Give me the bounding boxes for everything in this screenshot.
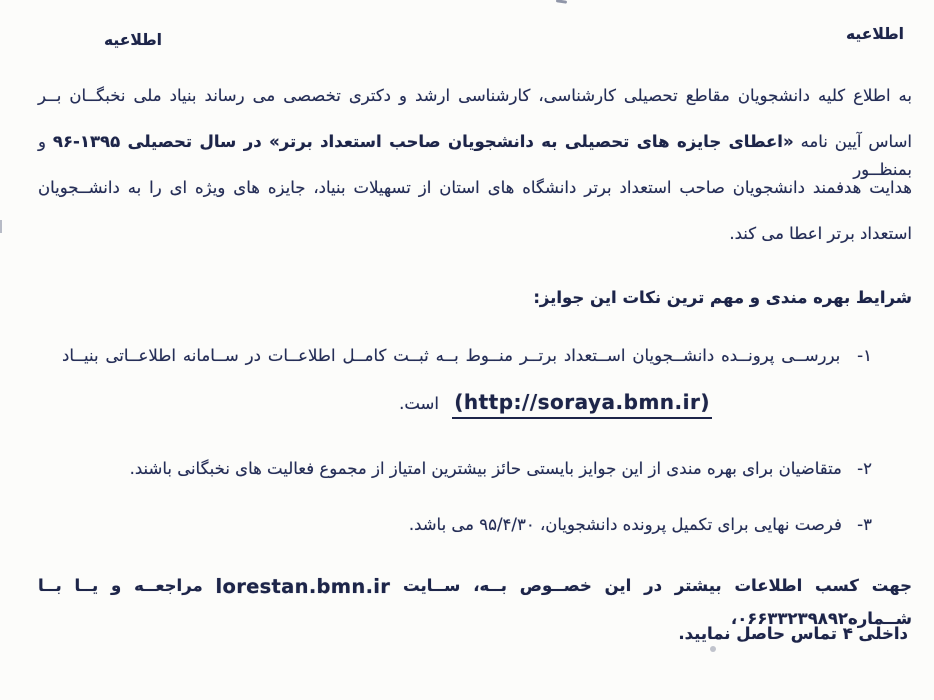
condition-item-2: ۲- متقاضیان برای بهره مندی از این جوایز … [130, 455, 872, 483]
item-2-number: ۲- [857, 455, 872, 483]
condition-item-1-continuation: (http://soraya.bmn.ir) است. [399, 388, 712, 419]
scanned-announcement-document: اطلاعیه اطلاعیه به اطلاع کلیه دانشجویان … [0, 0, 934, 700]
item-1-text: بررســی پرونــده دانشــجویان اســتعداد ب… [62, 346, 840, 365]
document-title-left: اطلاعیه [104, 26, 162, 54]
scan-artifact [0, 220, 2, 233]
conditions-heading: شرایط بهره مندی و مهم ترین نکات این جوای… [533, 284, 912, 312]
condition-item-1: ۱- بررســی پرونــده دانشــجویان اســتعدا… [62, 342, 872, 370]
document-title-right: اطلاعیه [846, 20, 904, 48]
lorestan-website-url: lorestan.bmn.ir [216, 571, 391, 603]
item-3-text: فرصت نهایی برای تکمیل پرونده دانشجویان، … [409, 515, 842, 534]
intro-line-1: به اطلاع کلیه دانشجویان مقاطع تحصیلی کار… [38, 82, 912, 110]
scan-artifact [556, 0, 567, 4]
intro-line-2-regular-start: اساس آیین نامه [801, 132, 912, 151]
item-1-text-end: است. [399, 394, 439, 413]
item-2-text: متقاضیان برای بهره مندی از این جوایز بای… [130, 459, 842, 478]
item-1-number: ۱- [857, 342, 872, 370]
intro-line-3: هدایت هدفمند دانشجویان صاحب استعداد برتر… [38, 174, 912, 202]
award-regulation-title-bold: «اعطای جایزه های تحصیلی به دانشجویان صاح… [53, 132, 794, 151]
footer-line-1-start: جهت کسب اطلاعات بیشتر در این خصــوص بــه… [403, 576, 912, 595]
item-3-number: ۳- [857, 511, 872, 539]
condition-item-3: ۳- فرصت نهایی برای تکمیل پرونده دانشجویا… [409, 511, 872, 539]
soraya-system-url: (http://soraya.bmn.ir) [452, 388, 712, 419]
footer-extension-line: داخلی ۴ تماس حاصل نمایید. [678, 620, 908, 648]
intro-line-4: استعداد برتر اعطا می کند. [729, 220, 912, 248]
